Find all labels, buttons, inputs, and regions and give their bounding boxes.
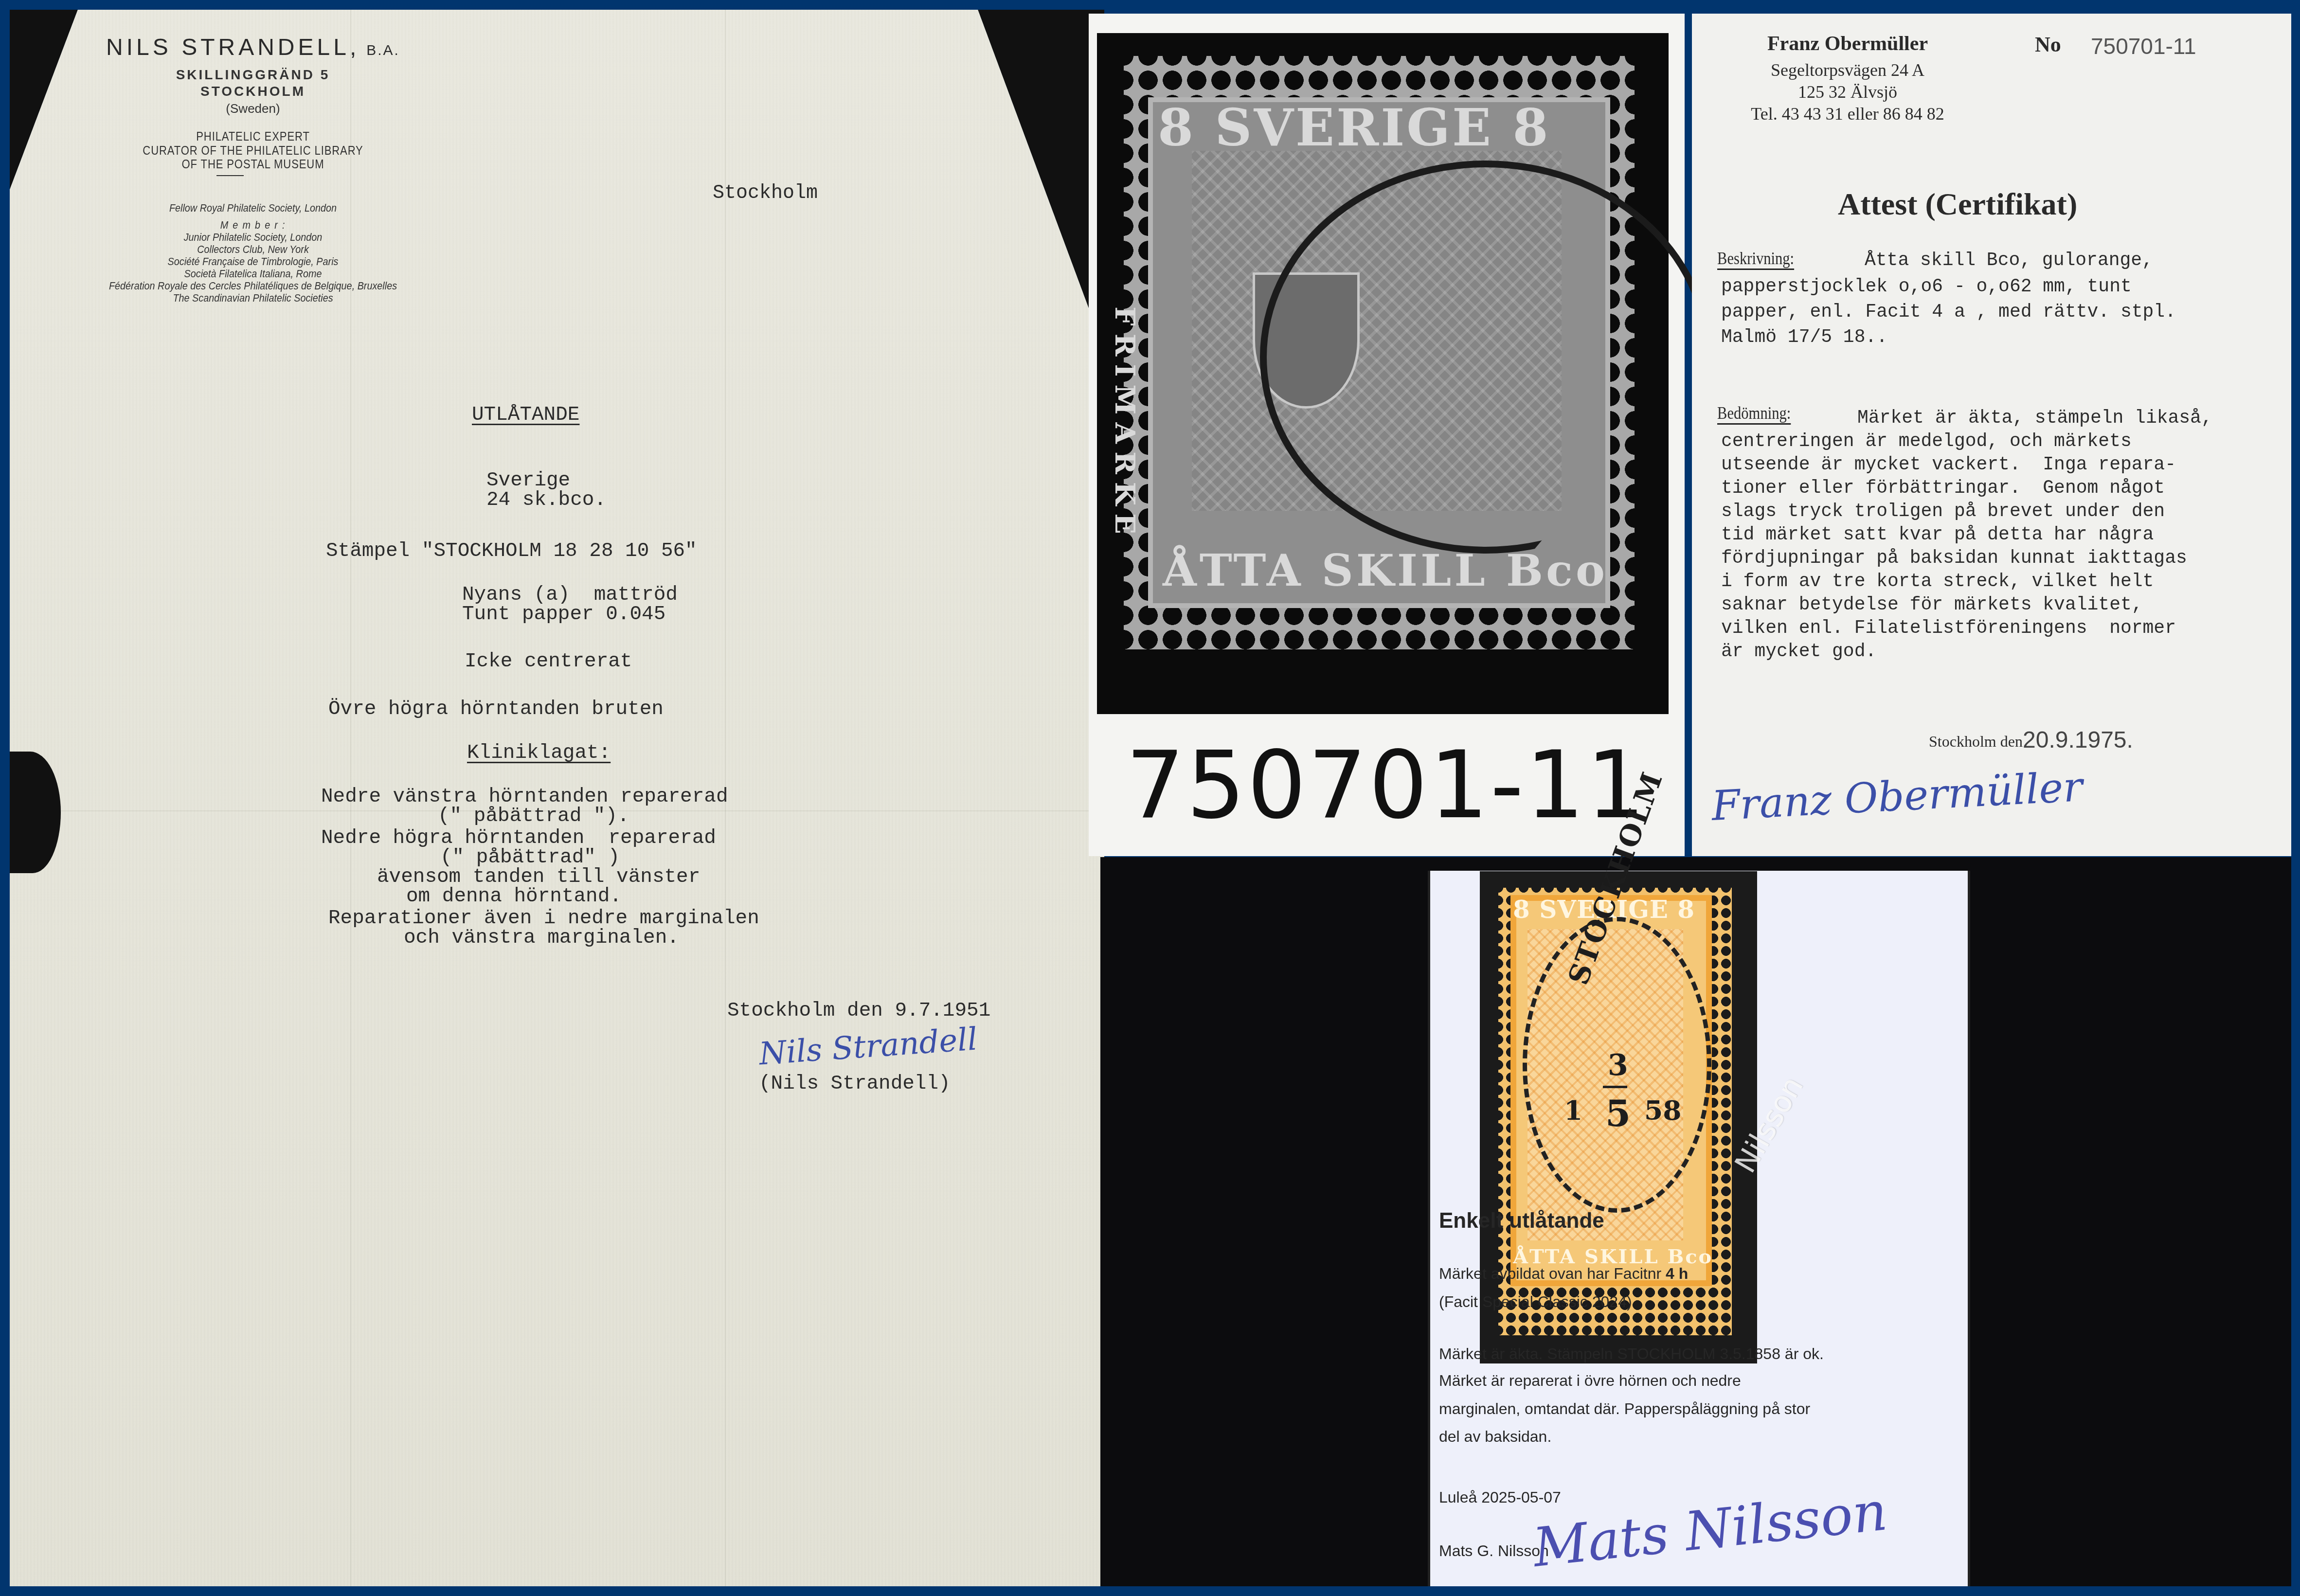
stamp-defect: Övre högra hörntanden bruten bbox=[328, 698, 664, 720]
letterhead-member-label: M e m b e r : bbox=[34, 219, 472, 232]
letterhead-membership: Société Française de Timbrologie, Paris bbox=[34, 255, 472, 268]
opinion-title: Enkelt utlåtande bbox=[1439, 1209, 1604, 1233]
letter-place: Stockholm bbox=[713, 182, 818, 204]
letterhead-rule bbox=[216, 175, 244, 176]
letterhead-name: NILS STRANDELL,B.A. bbox=[10, 34, 496, 61]
cert-description-line: Malmö 17/5 18.. bbox=[1721, 326, 1887, 349]
letter-signer: (Nils Strandell) bbox=[759, 1073, 951, 1095]
letterhead-membership: The Scandinavian Philatelic Societies bbox=[34, 292, 472, 305]
cert-assessment-line: tioner eller förbättringar. Genom något bbox=[1721, 477, 2165, 500]
opinion-line: Märket är reparerat i övre hörnen och ne… bbox=[1439, 1372, 1741, 1390]
cert-description-line: papper, enl. Facit 4 a , med rättv. stpl… bbox=[1721, 301, 2176, 324]
cert-assessment-line: utseende är mycket vackert. Inga repara- bbox=[1721, 453, 2176, 477]
cert-assessment-line: är mycket god. bbox=[1721, 640, 1876, 664]
postmark-year-left: 1 bbox=[1564, 1094, 1582, 1126]
cert-assessment-line: slags tryck troligen på brevet under den bbox=[1721, 500, 2165, 523]
cert-assessment-line: tid märket satt kvar på detta har några bbox=[1721, 523, 2154, 547]
cert-address-line: Tel. 43 43 31 eller 86 84 82 bbox=[1702, 104, 1994, 124]
letterhead-degree: B.A. bbox=[366, 42, 400, 58]
cert-number: 750701-11 bbox=[2091, 33, 2196, 59]
cert-title: Attest (Certifikat) bbox=[1838, 186, 2077, 222]
postmark-day: 3 bbox=[1608, 1048, 1628, 1082]
cert-assessment-label: Bedömning: bbox=[1717, 403, 1791, 425]
opinion-line: del av baksidan. bbox=[1439, 1428, 1551, 1446]
cert-description-label: Beskrivning: bbox=[1717, 248, 1794, 270]
stamp-paper: Tunt papper 0.045 bbox=[462, 603, 665, 626]
letterhead-fellow: Fellow Royal Philatelic Society, London bbox=[34, 202, 472, 215]
obermuller-signature: Franz Obermüller bbox=[1710, 763, 2084, 830]
obermuller-certificate: Franz Obermüller Segeltorpsvägen 24 A 12… bbox=[1692, 14, 2291, 856]
letterhead-city: STOCKHOLM bbox=[10, 84, 496, 99]
cert-assessment-line: vilken enl. Filatelistföreningens normer bbox=[1721, 617, 2176, 640]
cert-assessment-line: centreringen är medelgod, och märkets bbox=[1721, 430, 2132, 453]
clinic-heading: Kliniklagat: bbox=[467, 742, 611, 764]
postmark-month: 5 bbox=[1605, 1092, 1631, 1135]
cert-issuer-name: Franz Obermüller bbox=[1702, 32, 1994, 55]
cert-assessment-line: fördjupningar på baksidan kunnat iakttag… bbox=[1721, 547, 2187, 570]
opinion-facit-line: Märket avbildat ovan har Facitnr 4 h bbox=[1439, 1265, 1688, 1283]
grey-stamp-side-text: FRIMARKE bbox=[1109, 306, 1141, 542]
grey-stamp-bottom-text: ÅTTA SKILL Bco bbox=[1163, 545, 1608, 596]
clinic-line: (" påbättrad "). bbox=[438, 805, 629, 827]
stamp-centering: Icke centrerat bbox=[465, 650, 632, 673]
opinion-place-date: Luleå 2025-05-07 bbox=[1439, 1488, 1561, 1506]
letterhead-membership: Società Filatelica Italiana, Rome bbox=[34, 268, 472, 280]
grey-stamp-top-text: 8 SVERIGE 8 bbox=[1158, 97, 1550, 158]
strandell-signature: Nils Strandell bbox=[758, 1021, 979, 1072]
letter-date: Stockholm den 9.7.1951 bbox=[727, 1000, 990, 1022]
cert-assessment-line: i form av tre korta streck, vilket helt bbox=[1721, 570, 2154, 593]
letterhead-title-1: PHILATELIC EXPERT bbox=[46, 129, 460, 144]
cert-number-label: No bbox=[2035, 32, 2061, 57]
letterhead-title-2: CURATOR OF THE PHILATELIC LIBRARY bbox=[46, 143, 460, 158]
cert-address-line: Segeltorpsvägen 24 A bbox=[1702, 60, 1994, 80]
letterhead-membership: Junior Philatelic Society, London bbox=[34, 231, 472, 244]
letterhead-street: SKILLINGGRÄND 5 bbox=[10, 67, 496, 83]
cert-assessment-line: Märket är äkta, stämpeln likaså, bbox=[1857, 407, 2212, 430]
clinic-line: om denna hörntand. bbox=[406, 885, 622, 908]
stamp-denomination: 24 sk.bco. bbox=[486, 489, 606, 511]
letterhead-title-3: OF THE POSTAL MUSEUM bbox=[46, 157, 460, 172]
cert-date: 20.9.1975. bbox=[2023, 727, 2133, 753]
opinion-line: Märket är äkta. Stämpeln STOCKHOLM 3.5.1… bbox=[1439, 1345, 1824, 1363]
opinion-catalogue: (Facit Special Classic 2024) bbox=[1439, 1293, 1632, 1311]
cert-assessment-line: saknar betydelse för märkets kvalitet, bbox=[1721, 593, 2143, 617]
cert-address-line: 125 32 Älvsjö bbox=[1702, 82, 1994, 102]
photo-caption-number: 750701-11 bbox=[1090, 720, 1683, 851]
facit-number: 4 h bbox=[1666, 1265, 1688, 1282]
stamp-cancel: Stämpel "STOCKHOLM 18 28 10 56" bbox=[326, 540, 697, 562]
opinion-line: marginalen, omtandat där. Papperspåläggn… bbox=[1439, 1400, 1810, 1418]
opinion-signer: Mats G. Nilsson bbox=[1439, 1542, 1549, 1560]
postmark-divider bbox=[1603, 1086, 1627, 1088]
strandell-letter: NILS STRANDELL,B.A. SKILLINGGRÄND 5 STOC… bbox=[10, 10, 1104, 1586]
letterhead-country: (Sweden) bbox=[10, 101, 496, 116]
postmark-year-right: 58 bbox=[1644, 1094, 1682, 1126]
letterhead-membership: Collectors Club, New York bbox=[34, 243, 472, 256]
cert-date-label: Stockholm den bbox=[1929, 733, 2023, 751]
clinic-line: och vänstra marginalen. bbox=[404, 927, 679, 949]
letterhead-membership: Fédération Royale des Cercles Philatéliq… bbox=[34, 280, 472, 292]
cert-description-line: Åtta skill Bco, gulorange, bbox=[1865, 249, 2153, 272]
cert-description-line: papperstjocklek o,o6 - o,o62 mm, tunt bbox=[1721, 275, 2132, 299]
letter-heading: UTLÅTANDE bbox=[472, 404, 579, 426]
